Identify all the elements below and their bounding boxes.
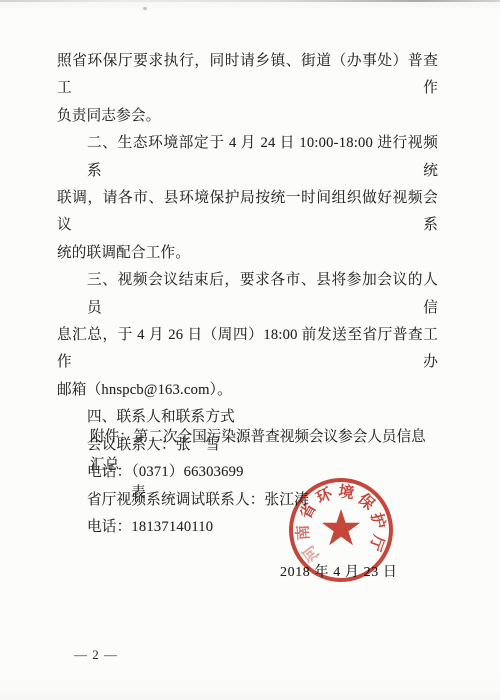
body-line: 联调，请各市、县环境保护局按统一时间组织做好视频会议系	[57, 185, 438, 240]
body-line: 三、视频会议结束后，要求各市、县将参加会议的人员信	[57, 267, 438, 322]
scanned-document-page: 照省环保厅要求执行，同时请乡镇、街道（办事处）普查工作 负责同志参会。 二、生态…	[0, 0, 500, 700]
body-line: 邮箱（hnspcb@163.com）。	[57, 377, 438, 404]
body-line: 照省环保厅要求执行，同时请乡镇、街道（办事处）普查工作	[57, 48, 438, 103]
scan-edge-artifact	[0, 0, 500, 2]
official-seal: 河 南 省 环 境 保 护 厅 ★	[289, 478, 393, 582]
body-line: 息汇总，于 4 月 26 日（周四）18:00 前发送至省厅普查工作办	[57, 322, 438, 377]
body-line: 二、生态环境部定于 4 月 24 日 10:00-18:00 进行视频系统	[57, 130, 438, 185]
body-line: 统的联调配合工作。	[57, 240, 438, 267]
seal-char: 南	[294, 523, 313, 542]
attachment-line: 附件：第二次全国污染源普查视频会议参会人员信息汇总	[90, 423, 440, 479]
page-number: — 2 —	[74, 647, 118, 663]
body-line: 负责同志参会。	[57, 103, 438, 130]
scan-speck-artifact	[143, 7, 147, 10]
star-icon: ★	[319, 503, 364, 553]
